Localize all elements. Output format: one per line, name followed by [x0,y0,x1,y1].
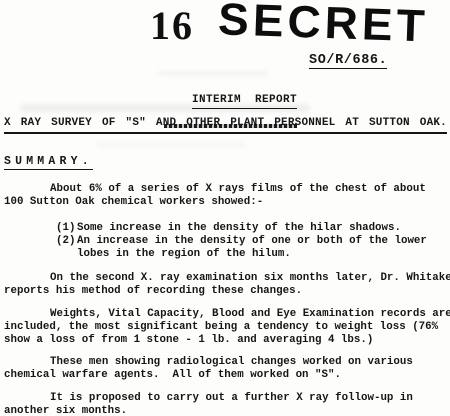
paragraph-line: included, the most significant being a t… [4,321,447,334]
finding-text: An increase in the density of one or bot… [77,235,427,261]
paragraph-records: Weights, Vital Capacity, Blood and Eye E… [4,308,447,347]
reference-number: SO/R/686. [309,53,387,69]
summary-heading: SUMMARY. [4,155,93,170]
paragraph-line: chemical warfare agents. All of them wor… [4,369,447,382]
finding-text: Some increase in the density of the hila… [77,222,401,235]
finding-item-2: (2) An increase in the density of one or… [56,235,447,261]
document-title: X RAY SURVEY OF "S" AND OTHER PLANT PERS… [4,116,447,134]
paragraph-line: reports his method of recording these ch… [4,285,447,298]
report-heading-text: INTERIM REPORT [192,93,297,109]
findings-list: (1) Some increase in the density of the … [56,222,447,261]
paragraph-line: It is proposed to carry out a further X … [4,392,447,405]
paragraph-followup: It is proposed to carry out a further X … [4,392,447,416]
paragraph-line: another six months. [4,405,447,416]
scanned-document-page: 16 SECRET SO/R/686. INTERIM REPORT X RAY… [0,0,450,416]
summary-heading-row: SUMMARY. [4,151,447,170]
paragraph-line: Some increase in the density of the hila… [77,222,401,235]
finding-item-1: (1) Some increase in the density of the … [56,222,447,235]
paragraph-agents: These men showing radiological changes w… [4,356,447,382]
finding-number: (1) [56,222,77,235]
page-number: 16 [150,6,194,46]
scan-smudge [158,71,268,76]
paragraph-line: These men showing radiological changes w… [4,356,447,369]
paragraph-line: Weights, Vital Capacity, Blood and Eye E… [4,308,447,321]
paragraph-intro: About 6% of a series of X rays films of … [4,183,447,209]
paragraph-line: lobes in the region of the hilum. [77,248,427,261]
paragraph-line: An increase in the density of one or bot… [77,235,427,248]
paragraph-line: show a loss of from 1 stone - 1 lb. and … [4,334,447,347]
paragraph-second-examination: On the second X. ray examination six mon… [4,272,447,298]
finding-number: (2) [56,235,77,261]
paragraph-line: On the second X. ray examination six mon… [4,272,447,285]
paragraph-line: 100 Sutton Oak chemical workers showed:- [4,196,447,209]
secret-classification-stamp: SECRET [217,0,429,48]
paragraph-line: About 6% of a series of X rays films of … [4,183,447,196]
document-body: X RAY SURVEY OF "S" AND OTHER PLANT PERS… [4,116,447,416]
